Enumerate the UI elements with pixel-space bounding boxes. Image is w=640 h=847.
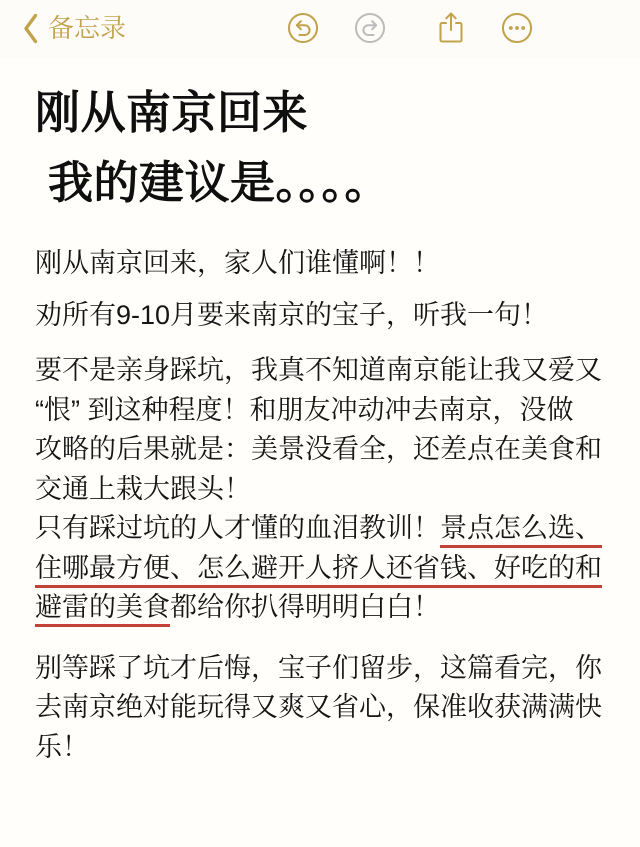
redo-icon <box>353 11 387 45</box>
undo-button[interactable] <box>286 11 320 45</box>
note-paragraph-2: 劝所有9-10月要来南京的宝子，听我一句！ <box>35 296 605 336</box>
redo-button[interactable] <box>353 11 387 45</box>
note-paragraph-5: 别等踩了坑才后悔，宝子们留步，这篇看完，你 去南京绝对能玩得又爽又省心，保准收获… <box>35 649 605 768</box>
share-icon <box>435 9 467 46</box>
nav-bar: 备忘录 <box>0 0 640 58</box>
back-button[interactable]: 备忘录 <box>22 10 126 46</box>
notes-app-screen: 备忘录 <box>0 0 640 847</box>
more-icon <box>500 11 534 45</box>
paragraph-4-lead-text: 只有踩过坑的人才懂的血泪教训！ <box>35 513 440 543</box>
note-paragraph-4: 只有踩过坑的人才懂的血泪教训！景点怎么选、 住哪最方便、怎么避开人挤人还省钱、好… <box>35 509 605 628</box>
undo-icon <box>286 11 320 45</box>
note-editor[interactable]: 刚从南京回来 我的建议是。。。。 刚从南京回来，家人们谁懂啊！！ 劝所有9-10… <box>0 78 640 767</box>
share-button[interactable] <box>435 9 467 46</box>
more-button[interactable] <box>500 11 534 45</box>
note-title: 刚从南京回来 我的建议是。。。。 <box>35 78 605 218</box>
note-paragraph-3: 要不是亲身踩坑，我真不知道南京能让我又爱又 “恨” 到这种程度！和朋友冲动冲去南… <box>35 351 605 509</box>
back-chevron-icon <box>22 13 39 44</box>
note-paragraph-1: 刚从南京回来，家人们谁懂啊！！ <box>35 244 605 284</box>
back-button-label: 备忘录 <box>48 10 126 46</box>
paragraph-4-tail-text: 都给你扒得明明白白！ <box>170 592 440 622</box>
